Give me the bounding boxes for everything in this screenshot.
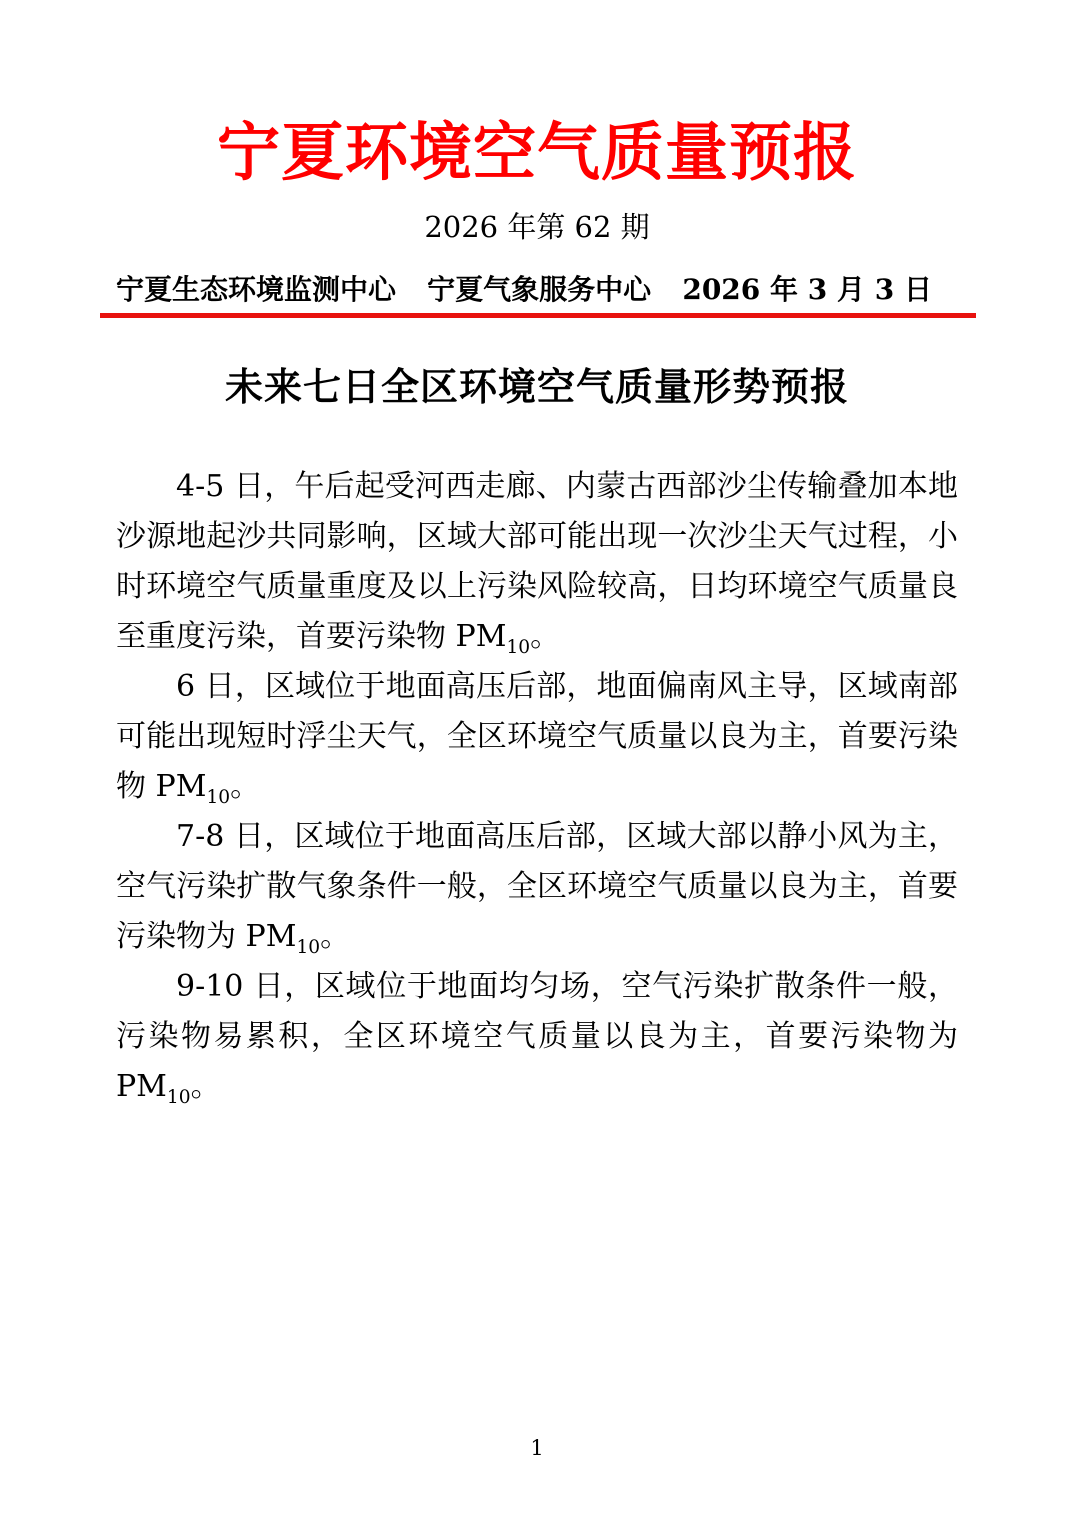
- org-left: 宁夏生态环境监测中心: [116, 273, 396, 307]
- org-row: 宁夏生态环境监测中心 宁夏气象服务中心 2026 年 3 月 3 日: [116, 273, 958, 307]
- paragraph: 9-10 日，区域位于地面均匀场，空气污染扩散条件一般，污染物易累积，全区环境空…: [116, 962, 958, 1112]
- page-number: 1: [0, 1436, 1074, 1460]
- issue-number: 2026 年第 62 期: [116, 210, 958, 245]
- red-divider-rule: [100, 313, 976, 318]
- document-page: 宁夏环境空气质量预报 2026 年第 62 期 宁夏生态环境监测中心 宁夏气象服…: [0, 0, 1074, 1520]
- paragraph-text: 。: [191, 1069, 221, 1104]
- paragraph: 6 日，区域位于地面高压后部，地面偏南风主导，区域南部可能出现短时浮尘天气，全区…: [116, 662, 958, 812]
- section-title: 未来七日全区环境空气质量形势预报: [116, 366, 958, 410]
- subscript-text: 10: [206, 787, 230, 808]
- paragraph-text: 7-8 日，区域位于地面高压后部，区域大部以静小风为主，空气污染扩散气象条件一般…: [116, 819, 958, 954]
- issue-date: 2026 年 3 月 3 日: [682, 273, 932, 307]
- org-center: 宁夏气象服务中心: [427, 273, 651, 307]
- paragraph-text: 。: [230, 769, 260, 804]
- paragraph-text: 。: [530, 619, 560, 654]
- body-paragraphs: 4-5 日，午后起受河西走廊、内蒙古西部沙尘传输叠加本地沙源地起沙共同影响，区域…: [116, 462, 958, 1112]
- paragraph: 7-8 日，区域位于地面高压后部，区域大部以静小风为主，空气污染扩散气象条件一般…: [116, 812, 958, 962]
- subscript-text: 10: [296, 937, 320, 958]
- subscript-text: 10: [506, 637, 530, 658]
- document-content: 宁夏环境空气质量预报 2026 年第 62 期 宁夏生态环境监测中心 宁夏气象服…: [0, 0, 1074, 1112]
- paragraph-text: 。: [320, 919, 350, 954]
- subscript-text: 10: [167, 1087, 191, 1108]
- paragraph-text: 9-10 日，区域位于地面均匀场，空气污染扩散条件一般，污染物易累积，全区环境空…: [116, 969, 958, 1104]
- paragraph: 4-5 日，午后起受河西走廊、内蒙古西部沙尘传输叠加本地沙源地起沙共同影响，区域…: [116, 462, 958, 662]
- document-title: 宁夏环境空气质量预报: [116, 0, 958, 188]
